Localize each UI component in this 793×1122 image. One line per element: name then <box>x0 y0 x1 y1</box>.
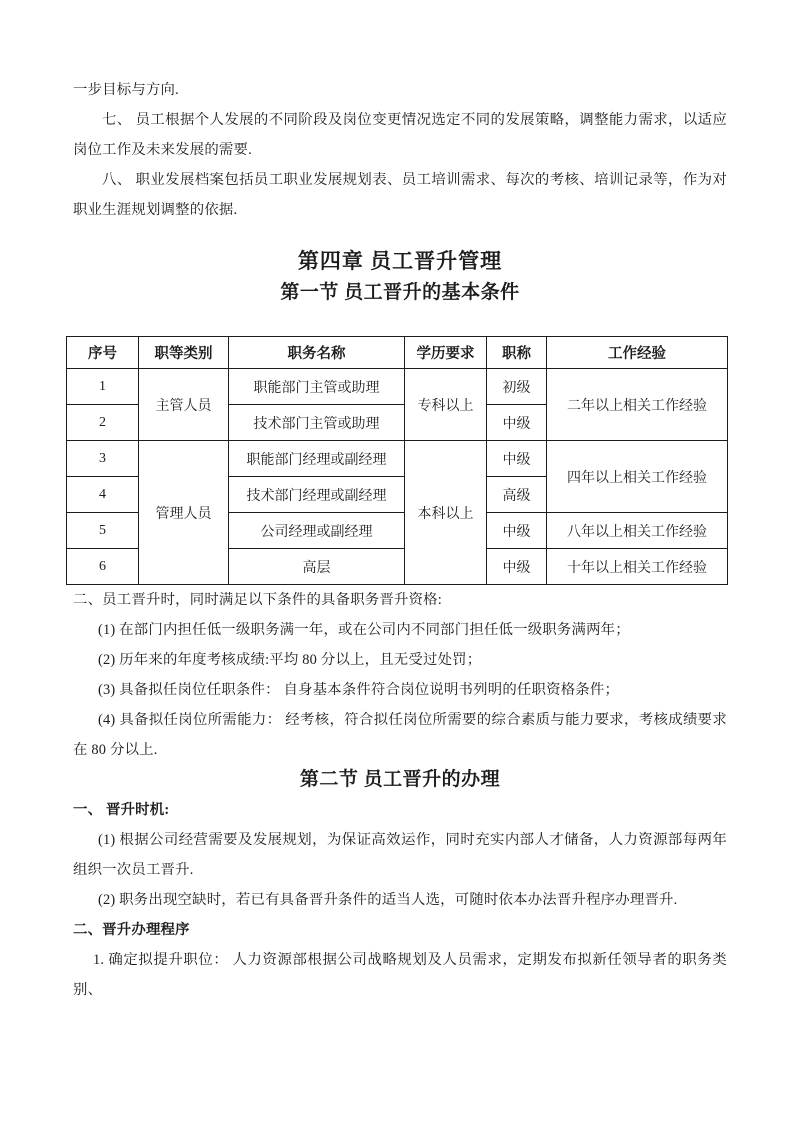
cell-experience: 八年以上相关工作经验 <box>547 513 728 549</box>
header-cell-experience: 工作经验 <box>547 337 728 369</box>
qualification-item-4: (4) 具备拟任岗位所需能力： 经考核，符合拟任岗位所需要的综合素质与能力要求，… <box>73 705 727 765</box>
cell-education: 专科以上 <box>405 369 487 441</box>
qualification-item-3: (3) 具备拟任岗位任职条件： 自身基本条件符合岗位说明书列明的任职资格条件； <box>73 675 727 705</box>
document-content: 一步目标与方向. 七、 员工根据个人发展的不同阶段及岗位变更情况选定不同的发展策… <box>73 75 727 1005</box>
cell-job: 公司经理或副经理 <box>229 513 405 549</box>
promotion-timing-heading: 一、 晋升时机: <box>73 795 727 825</box>
paragraph-item-8: 八、 职业发展档案包括员工职业发展规划表、员工培训需求、每次的考核、培训记录等，… <box>73 165 727 225</box>
section2-heading: 第二节 员工晋升的办理 <box>73 765 727 795</box>
cell-grade: 主管人员 <box>139 369 229 441</box>
cell-job: 技术部门主管或助理 <box>229 405 405 441</box>
document-page: 一步目标与方向. 七、 员工根据个人发展的不同阶段及岗位变更情况选定不同的发展策… <box>0 0 793 1122</box>
timing-item-1: (1) 根据公司经营需要及发展规划，为保证高效运作，同时充实内部人才储备，人力资… <box>73 825 727 885</box>
cell-experience: 十年以上相关工作经验 <box>547 549 728 585</box>
cell-title: 中级 <box>487 441 547 477</box>
cell-job: 高层 <box>229 549 405 585</box>
cell-title: 中级 <box>487 405 547 441</box>
table-row-3: 3 管理人员 职能部门经理或副经理 本科以上 中级 四年以上相关工作经验 <box>67 441 728 477</box>
cell-job: 技术部门经理或副经理 <box>229 477 405 513</box>
cell-title: 高级 <box>487 477 547 513</box>
qualification-intro: 二、员工晋升时，同时满足以下条件的具备职务晋升资格: <box>73 585 727 615</box>
cell-seq: 6 <box>67 549 139 585</box>
cell-grade: 管理人员 <box>139 441 229 585</box>
header-cell-job: 职务名称 <box>229 337 405 369</box>
cell-seq: 4 <box>67 477 139 513</box>
paragraph-carryover: 一步目标与方向. <box>73 75 727 105</box>
qualification-item-2: (2) 历年来的年度考核成绩:平均 80 分以上，且无受过处罚； <box>73 645 727 675</box>
cell-seq: 3 <box>67 441 139 477</box>
cell-job: 职能部门经理或副经理 <box>229 441 405 477</box>
table-row-1: 1 主管人员 职能部门主管或助理 专科以上 初级 二年以上相关工作经验 <box>67 369 728 405</box>
paragraph-item-7: 七、 员工根据个人发展的不同阶段及岗位变更情况选定不同的发展策略，调整能力需求，… <box>73 105 727 165</box>
cell-title: 初级 <box>487 369 547 405</box>
promotion-procedure-heading: 二、晋升办理程序 <box>73 915 727 945</box>
cell-seq: 2 <box>67 405 139 441</box>
header-cell-title: 职称 <box>487 337 547 369</box>
header-cell-education: 学历要求 <box>405 337 487 369</box>
qualification-item-1: (1) 在部门内担任低一级职务满一年，或在公司内不同部门担任低一级职务满两年； <box>73 615 727 645</box>
chapter-heading: 第四章 员工晋升管理 <box>73 244 727 278</box>
cell-title: 中级 <box>487 549 547 585</box>
cell-experience: 二年以上相关工作经验 <box>547 369 728 441</box>
promotion-conditions-table: 序号 职等类别 职务名称 学历要求 职称 工作经验 1 主管人员 职能部门主管或… <box>66 336 728 585</box>
cell-education: 本科以上 <box>405 441 487 585</box>
timing-item-2: (2) 职务出现空缺时，若已有具备晋升条件的适当人选，可随时依本办法晋升程序办理… <box>73 885 727 915</box>
cell-seq: 5 <box>67 513 139 549</box>
cell-job: 职能部门主管或助理 <box>229 369 405 405</box>
header-cell-grade: 职等类别 <box>139 337 229 369</box>
table-header-row: 序号 职等类别 职务名称 学历要求 职称 工作经验 <box>67 337 728 369</box>
procedure-item-1: 1. 确定拟提升职位： 人力资源部根据公司战略规划及人员需求，定期发布拟新任领导… <box>73 945 727 1005</box>
header-cell-seq: 序号 <box>67 337 139 369</box>
cell-experience: 四年以上相关工作经验 <box>547 441 728 513</box>
cell-seq: 1 <box>67 369 139 405</box>
section1-heading: 第一节 员工晋升的基本条件 <box>73 278 727 308</box>
cell-title: 中级 <box>487 513 547 549</box>
